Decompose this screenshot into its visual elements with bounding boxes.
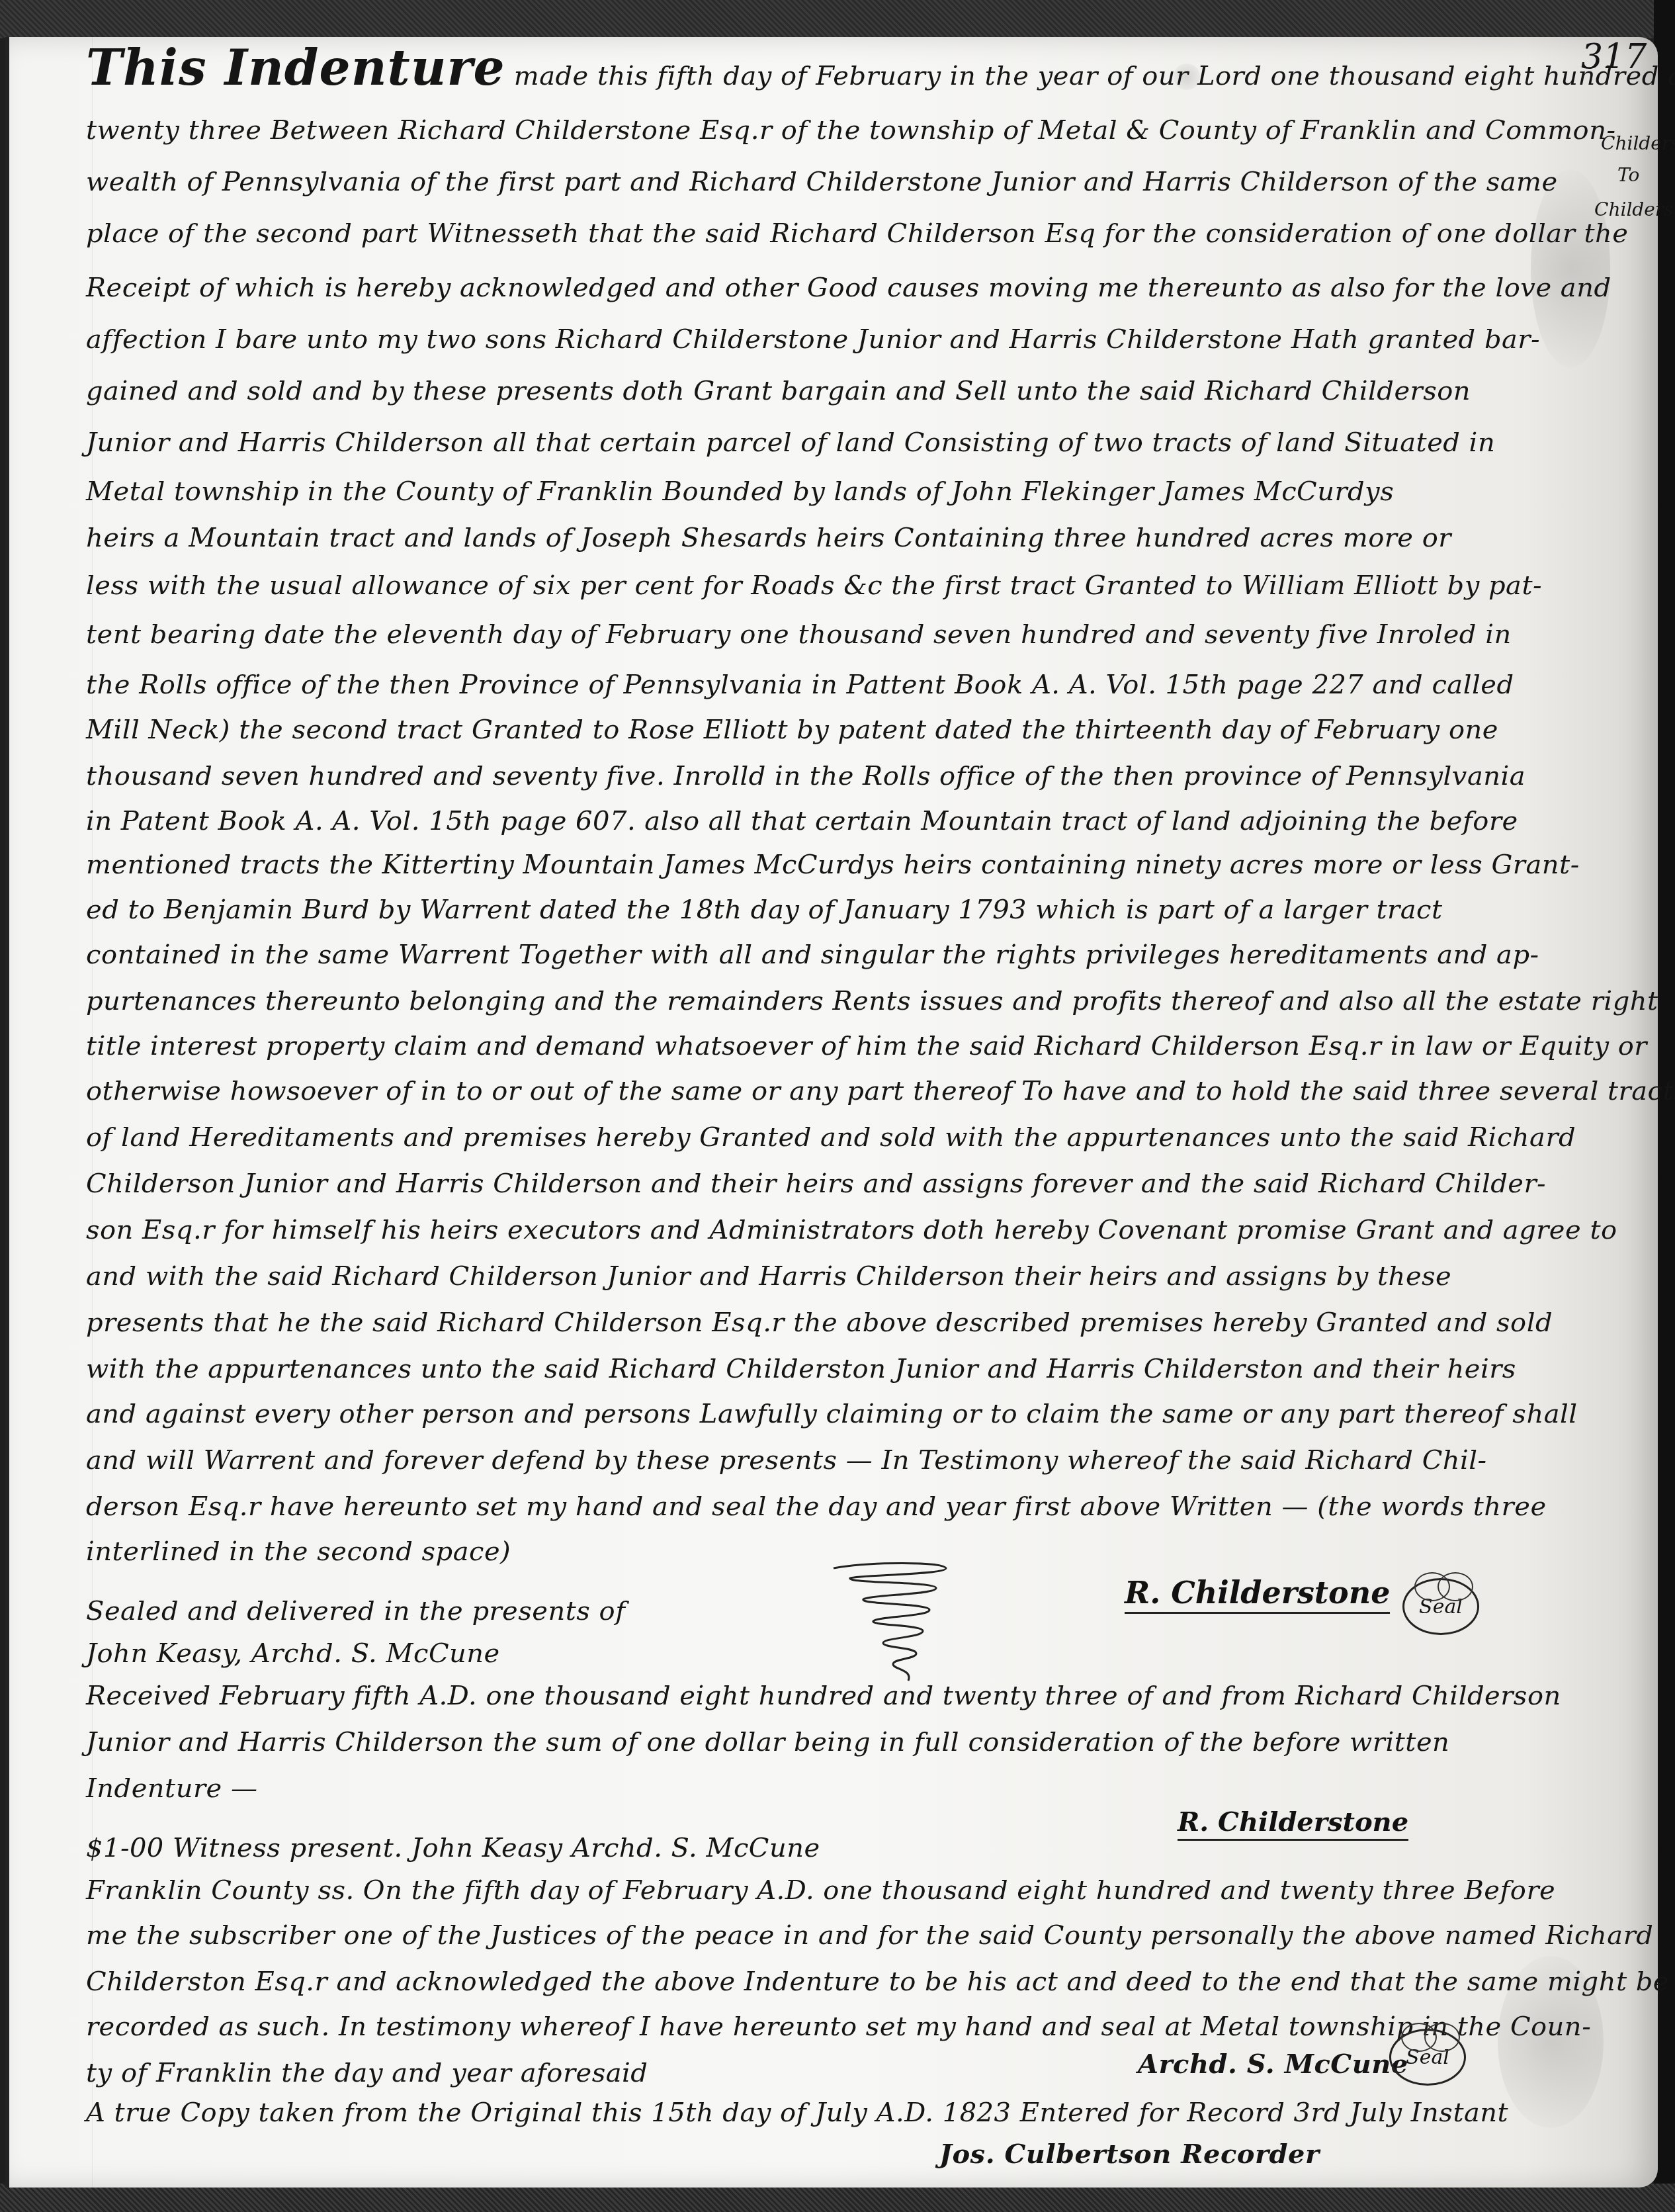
deed-line: title interest property claim and demand… [86, 1031, 1647, 1061]
deed-line: son Esq.r for himself his heirs executor… [86, 1215, 1617, 1245]
deed-page [5, 37, 1658, 2188]
deed-line: thousand seven hundred and seventy five.… [86, 761, 1525, 791]
margin-rule [92, 37, 93, 2188]
book-binding-bottom [0, 2184, 1675, 2212]
margin-note-grantee: Childerstone's [1594, 199, 1675, 220]
deed-line: tent bearing date the eleventh day of Fe… [86, 619, 1512, 650]
deed-line: Junior and Harris Childerson all that ce… [86, 427, 1495, 458]
margin-note-to: To [1617, 164, 1639, 186]
flourish-mark-icon [830, 1558, 949, 1684]
deed-line: Childerson Junior and Harris Childerson … [86, 1169, 1546, 1199]
deed-title: This Indenture [86, 40, 505, 97]
acknowledgment-line: Franklin County ss. On the fifth day of … [86, 1875, 1555, 1906]
deed-line: derson Esq.r have hereunto set my hand a… [86, 1491, 1547, 1522]
deed-line: affection I bare unto my two sons Richar… [86, 324, 1540, 355]
deed-line: contained in the same Warrent Together w… [86, 940, 1539, 970]
deed-line: interlined in the second space) [86, 1536, 511, 1567]
deed-line: purtenances thereunto belonging and the … [86, 986, 1658, 1016]
deed-line: Metal township in the County of Franklin… [86, 476, 1394, 507]
acknowledgment-line: Childerston Esq.r and acknowledged the a… [86, 1967, 1669, 1997]
deed-line: and against every other person and perso… [86, 1399, 1578, 1429]
deed-line: ed to Benjamin Burd by Warrent dated the… [86, 895, 1443, 925]
seal-icon: Seal [1402, 1578, 1479, 1635]
book-binding-top [0, 0, 1675, 38]
deed-line: twenty three Between Richard Childerston… [86, 115, 1615, 146]
deed-line: of land Hereditaments and premises hereb… [86, 1122, 1576, 1153]
signature-archd-mccune: Archd. S. McCune [1138, 2049, 1408, 2080]
deed-line: and with the said Richard Childerson Jun… [86, 1261, 1451, 1292]
deed-line: in Patent Book A. A. Vol. 15th page 607.… [86, 806, 1518, 836]
acknowledgment-line: recorded as such. In testimony whereof I… [86, 2012, 1591, 2042]
deed-line: and will Warrent and forever defend by t… [86, 1445, 1487, 1476]
deed-line: less with the usual allowance of six per… [86, 570, 1542, 601]
deed-line: Mill Neck) the second tract Granted to R… [86, 715, 1498, 745]
sealed-delivered-line: Sealed and delivered in the presents of [86, 1596, 625, 1626]
receipt-line: Indenture — [86, 1773, 257, 1804]
receipt-line: Received February fifth A.D. one thousan… [86, 1681, 1561, 1711]
recorder-signature: Jos. Culbertson Recorder [939, 2139, 1320, 2170]
receipt-witness-line: $1-00 Witness present. John Keasy Archd.… [86, 1833, 820, 1863]
witnesses-line: John Keasy, Archd. S. McCune [86, 1638, 500, 1669]
deed-line: wealth of Pennsylvania of the first part… [86, 167, 1558, 197]
signature-r-childerstone: R. Childerstone [1125, 1575, 1390, 1614]
deed-line: with the appurtenances unto the said Ric… [86, 1354, 1516, 1384]
deed-line: mentioned tracts the Kittertiny Mountain… [86, 850, 1580, 880]
acknowledgment-line: ty of Franklin the day and year aforesai… [86, 2058, 648, 2088]
deed-line: presents that he the said Richard Childe… [86, 1307, 1553, 1338]
deed-line: the Rolls office of the then Province of… [86, 670, 1514, 700]
deed-line: heirs a Mountain tract and lands of Jose… [86, 523, 1451, 553]
seal-icon: Seal [1389, 2029, 1466, 2086]
deed-line: gained and sold and by these presents do… [86, 376, 1471, 406]
true-copy-line: A true Copy taken from the Original this… [86, 2098, 1508, 2128]
deed-line-1: This Indenture made this fifth day of Fe… [86, 40, 1675, 97]
deed-line: otherwise howsoever of in to or out of t… [86, 1076, 1675, 1106]
deed-line: Receipt of which is hereby acknowledged … [86, 273, 1611, 303]
deed-line: place of the second part Witnesseth that… [86, 218, 1629, 249]
receipt-line: Junior and Harris Childerson the sum of … [86, 1727, 1449, 1757]
signature-r-childerstone-receipt: R. Childerstone [1178, 1806, 1408, 1841]
acknowledgment-line: me the subscriber one of the Justices of… [86, 1920, 1653, 1951]
